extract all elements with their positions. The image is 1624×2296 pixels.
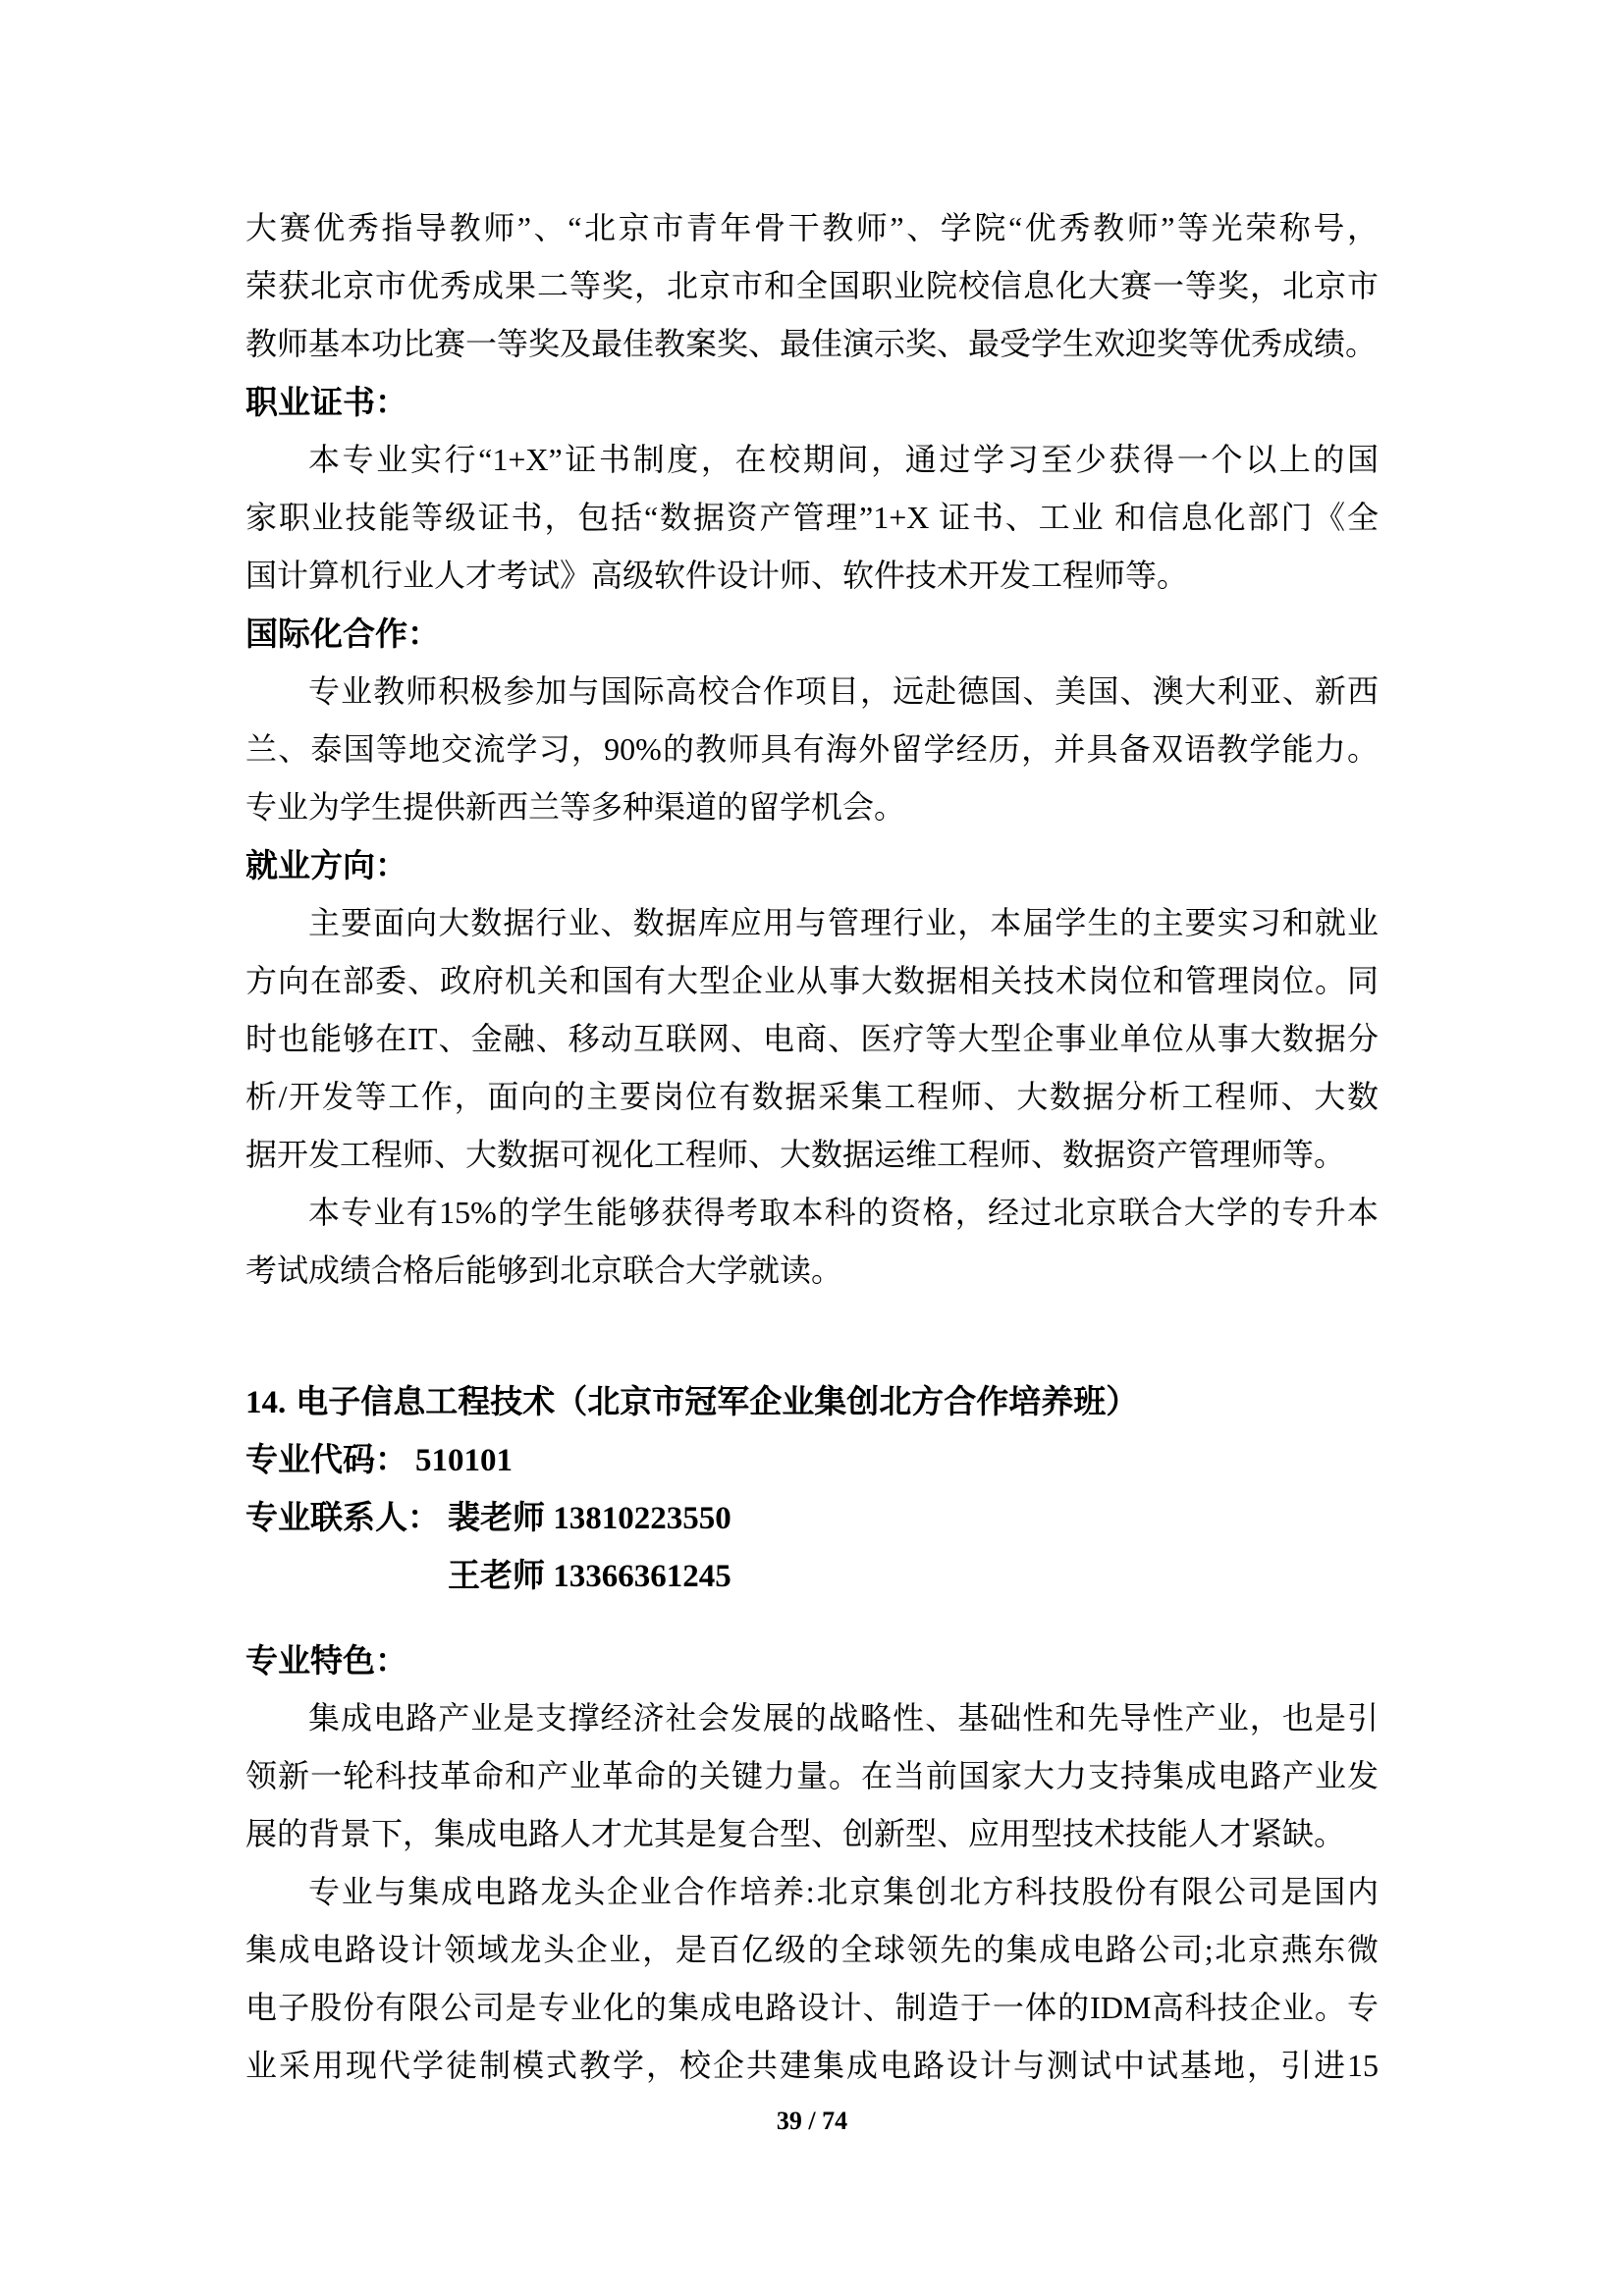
- body-line: 业采用现代学徒制模式教学，校企共建集成电路设计与测试中试基地，引进15: [245, 2037, 1379, 2095]
- program-title-text: 电子信息工程技术（北京市冠军企业集创北方合作培养班）: [296, 1383, 1138, 1419]
- body-line: 教师基本功比赛一等奖及最佳教案奖、最佳演示奖、最受学生欢迎奖等优秀成绩。: [245, 315, 1379, 373]
- body-line: 领新一轮科技革命和产业革命的关键力量。在当前国家大力支持集成电路产业发: [245, 1747, 1379, 1805]
- program-heading: 14.电子信息工程技术（北京市冠军企业集创北方合作培养班）: [245, 1372, 1379, 1430]
- document-page: 大赛优秀指导教师”、“北京市青年骨干教师”、学院“优秀教师”等光荣称号，荣获北京…: [0, 0, 1624, 2296]
- body-line: 展的背景下，集成电路人才尤其是复合型、创新型、应用型技术技能人才紧缺。: [245, 1805, 1379, 1863]
- body-line: 国计算机行业人才考试》高级软件设计师、软件技术开发工程师等。: [245, 547, 1379, 605]
- page-footer: 39 / 74: [245, 2097, 1379, 2146]
- body-line: 专业与集成电路龙头企业合作培养:北京集创北方科技股份有限公司是国内: [245, 1863, 1379, 1921]
- body-line: 方向在部委、政府机关和国有大型企业从事大数据相关技术岗位和管理岗位。同: [245, 952, 1379, 1010]
- field-value: 裴老师 13810223550: [448, 1501, 731, 1536]
- field-label: 专业代码：: [245, 1441, 407, 1477]
- body-line: 专业教师积极参加与国际高校合作项目，远赴德国、美国、澳大利亚、新西: [245, 663, 1379, 721]
- body-line: 时也能够在IT、金融、移动互联网、电商、医疗等大型企事业单位从事大数据分: [245, 1010, 1379, 1068]
- body-line: 考试成绩合格后能够到北京联合大学就读。: [245, 1242, 1379, 1300]
- body-line: 大赛优秀指导教师”、“北京市青年骨干教师”、学院“优秀教师”等光荣称号，: [245, 199, 1379, 257]
- program-code-line: 专业代码：510101: [245, 1430, 1379, 1488]
- field-value: 510101: [415, 1443, 513, 1478]
- section-heading-vocational-certificates: 职业证书：: [245, 373, 1379, 431]
- body-line: 本专业有15%的学生能够获得考取本科的资格，经过北京联合大学的专升本: [245, 1184, 1379, 1242]
- field-label: 专业联系人：: [245, 1499, 440, 1535]
- body-line: 家职业技能等级证书，包括“数据资产管理”1+X 证书、工业 和信息化部门《全: [245, 489, 1379, 547]
- body-line: 主要面向大数据行业、数据库应用与管理行业，本届学生的主要实习和就业: [245, 894, 1379, 952]
- contact-line-1: 专业联系人：裴老师 13810223550: [245, 1488, 1379, 1546]
- page-number-current: 39: [777, 2107, 802, 2135]
- document-text-block: 大赛优秀指导教师”、“北京市青年骨干教师”、学院“优秀教师”等光荣称号，荣获北京…: [245, 199, 1379, 2095]
- body-line: 析/开发等工作，面向的主要岗位有数据采集工程师、大数据分析工程师、大数: [245, 1068, 1379, 1126]
- page-number-total: 74: [822, 2107, 847, 2135]
- body-line: 荣获北京市优秀成果二等奖，北京市和全国职业院校信息化大赛一等奖，北京市: [245, 257, 1379, 315]
- body-line: 专业为学生提供新西兰等多种渠道的留学机会。: [245, 778, 1379, 836]
- section-heading-program-features: 专业特色：: [245, 1631, 1379, 1689]
- blank-line: [245, 1604, 1379, 1631]
- body-line: 集成电路产业是支撑经济社会发展的战略性、基础性和先导性产业，也是引: [245, 1689, 1379, 1747]
- blank-line: [245, 1300, 1379, 1372]
- body-line: 电子股份有限公司是专业化的集成电路设计、制造于一体的IDM高科技企业。专: [245, 1979, 1379, 2037]
- document-body: 大赛优秀指导教师”、“北京市青年骨干教师”、学院“优秀教师”等光荣称号，荣获北京…: [245, 199, 1379, 2146]
- page-number-separator: /: [802, 2107, 822, 2135]
- body-line: 兰、泰国等地交流学习，90%的教师具有海外留学经历，并具备双语教学能力。: [245, 721, 1379, 778]
- section-heading-employment-direction: 就业方向：: [245, 836, 1379, 894]
- contact-line-2: 专业联系人：王老师 13366361245: [245, 1546, 1379, 1604]
- field-value: 王老师 13366361245: [448, 1559, 731, 1594]
- body-line: 集成电路设计领域龙头企业，是百亿级的全球领先的集成电路公司;北京燕东微: [245, 1921, 1379, 1979]
- body-line: 本专业实行“1+X”证书制度，在校期间，通过学习至少获得一个以上的国: [245, 431, 1379, 489]
- section-heading-international-cooperation: 国际化合作：: [245, 605, 1379, 663]
- body-line: 据开发工程师、大数据可视化工程师、大数据运维工程师、数据资产管理师等。: [245, 1126, 1379, 1184]
- program-number: 14.: [245, 1385, 286, 1420]
